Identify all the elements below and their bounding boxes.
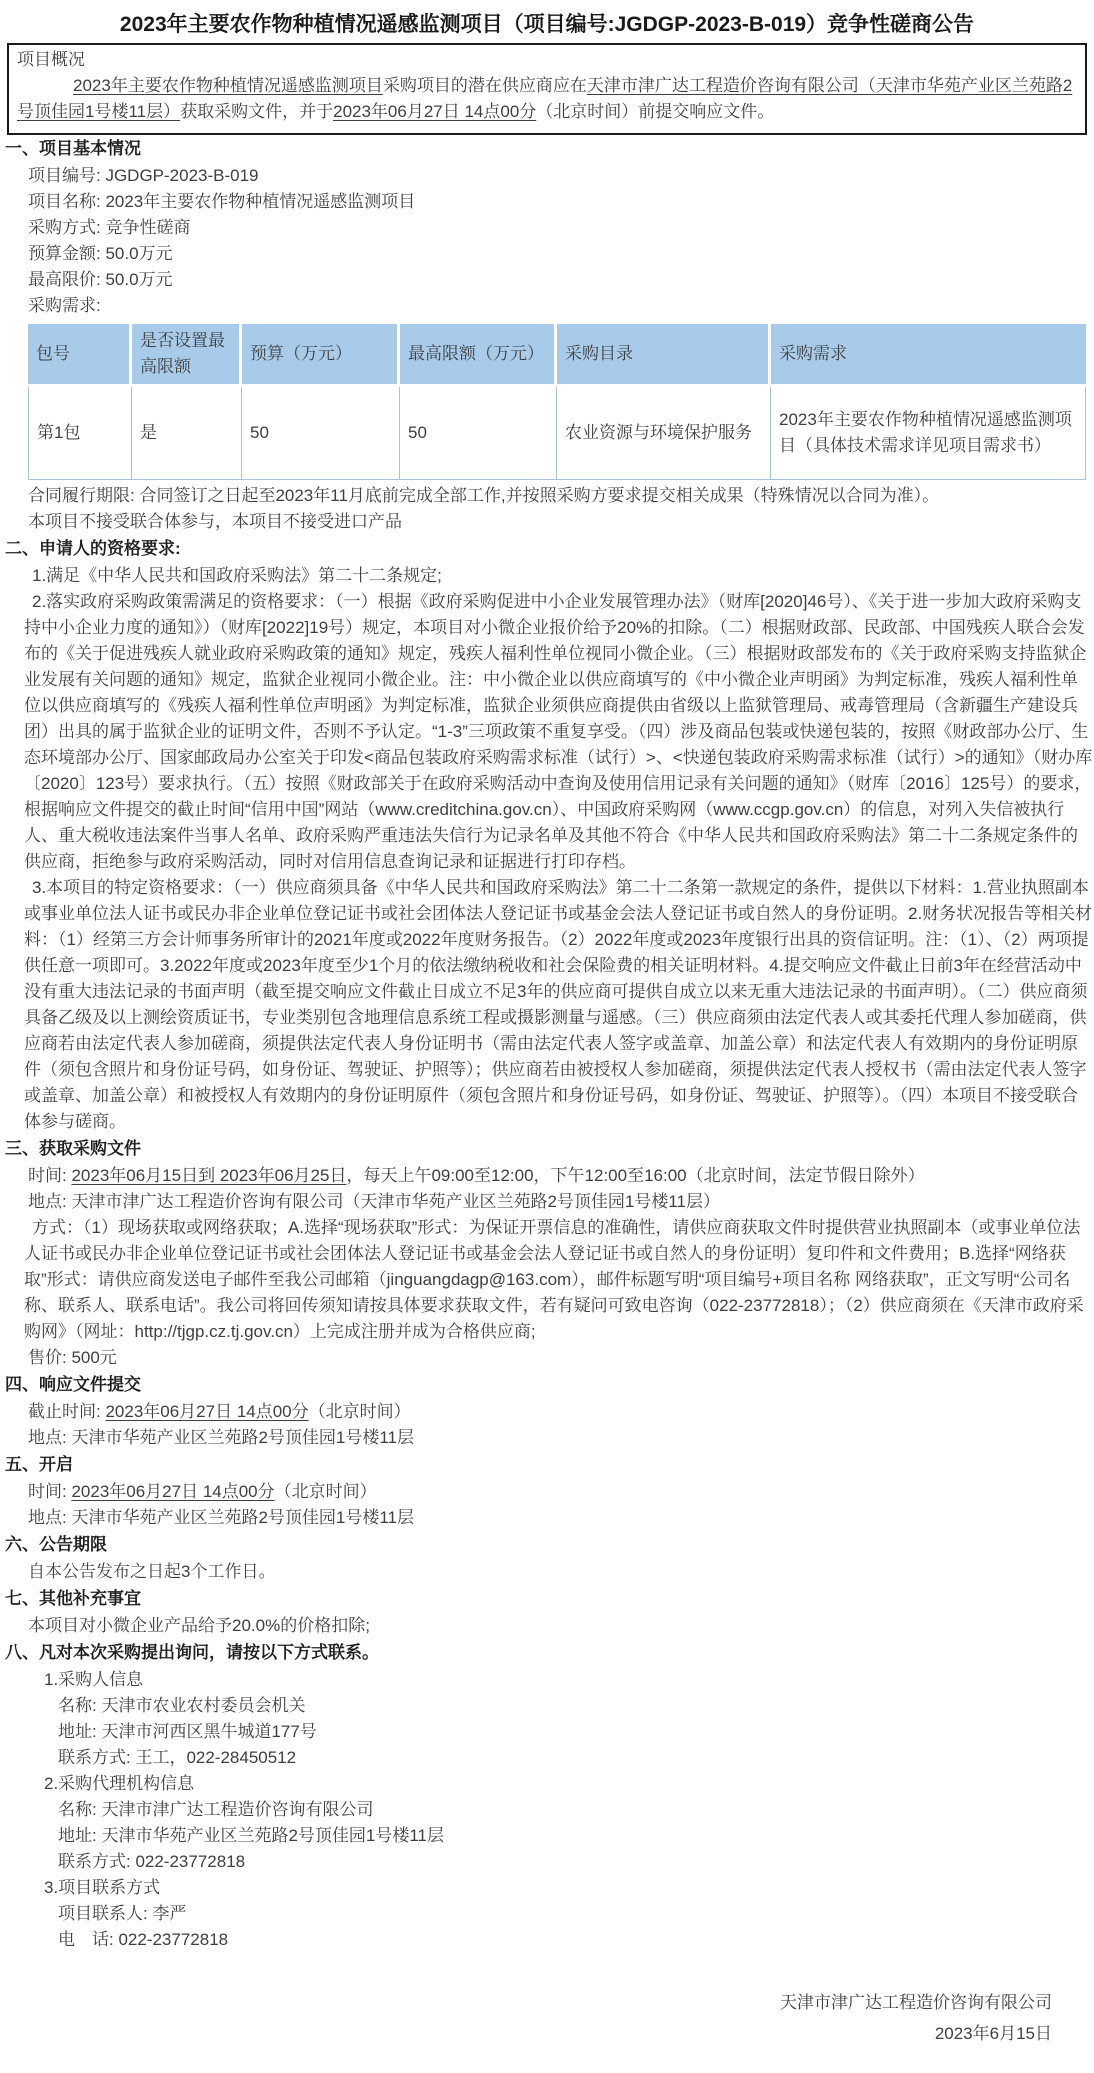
opening-datetime: 2023年06月27日 14点00分 (71, 1482, 274, 1501)
cell-package: 第1包 (28, 387, 132, 480)
section-heading: 五、开启 (5, 1451, 1094, 1479)
overview-deadline: 2023年06月27日 14点00分 (333, 102, 536, 121)
project-contact-person: 项目联系人: 李严 (58, 1901, 1094, 1927)
purchaser-contact: 联系方式: 王工，022-28450512 (58, 1745, 1094, 1771)
overview-text: （北京时间）前提交响应文件。 (536, 102, 774, 121)
overview-project-name: 2023年主要农作物种植情况遥感监测项目 (73, 76, 383, 95)
document-method: 方式：（1）现场获取或网络获取；A.选择“现场获取”形式：为保证开票信息的准确性… (24, 1215, 1094, 1345)
cell-catalog: 农业资源与环境保护服务 (557, 387, 771, 480)
qualification-item-3: 3.本项目的特定资格要求：（一）供应商须具备《中华人民共和国政府采购法》第二十二… (24, 875, 1094, 1135)
overview-label: 项目概况 (17, 47, 1075, 73)
col-header-demand: 采购需求 (771, 324, 1086, 387)
overview-text: 采购项目的潜在供应商应在 (383, 76, 587, 95)
project-contact-info: 3.项目联系方式 项目联系人: 李严 电 话: 022-23772818 (0, 1875, 1094, 1953)
agency-info: 2.采购代理机构信息 名称: 天津市津广达工程造价咨询有限公司 地址: 天津市华… (0, 1771, 1094, 1875)
section-heading: 八、凡对本次采购提出询问，请按以下方式联系。 (5, 1639, 1094, 1667)
deadline-label: 截止时间: (28, 1402, 105, 1421)
section-response-submission: 四、响应文件提交 截止时间: 2023年06月27日 14点00分（北京时间） … (0, 1371, 1094, 1451)
announcement-period-body: 自本公告发布之日起3个工作日。 (28, 1559, 1094, 1585)
col-header-max: 最高限额（万元） (400, 324, 557, 387)
section-opening: 五、开启 时间: 2023年06月27日 14点00分（北京时间） 地点: 天津… (0, 1451, 1094, 1531)
cell-budget: 50 (242, 387, 400, 480)
table-row: 第1包 是 50 50 农业资源与环境保护服务 2023年主要农作物种植情况遥感… (28, 387, 1086, 480)
signature-company: 天津市津广达工程造价咨询有限公司 (0, 1987, 1052, 2018)
col-header-catalog: 采购目录 (557, 324, 771, 387)
opening-time: 时间: 2023年06月27日 14点00分（北京时间） (28, 1479, 1094, 1505)
qualification-item-2: 2.落实政府采购政策需满足的资格要求：（一）根据《政府采购促进中小企业发展管理办… (24, 589, 1094, 875)
purchaser-info: 1.采购人信息 名称: 天津市农业农村委员会机关 地址: 天津市河西区黑牛城道1… (0, 1667, 1094, 1771)
agency-contact: 联系方式: 022-23772818 (58, 1849, 1094, 1875)
opening-location: 地点: 天津市华苑产业区兰苑路2号顶佳园1号楼11层 (28, 1505, 1094, 1531)
project-overview-box: 项目概况 2023年主要农作物种植情况遥感监测项目采购项目的潜在供应商应在天津市… (7, 43, 1087, 135)
package-table: 包号 是否设置最高限额 预算（万元） 最高限额（万元） 采购目录 采购需求 第1… (28, 324, 1086, 480)
opening-timezone: （北京时间） (275, 1482, 377, 1501)
signature-date: 2023年6月15日 (0, 2018, 1052, 2049)
project-name: 项目名称: 2023年主要农作物种植情况遥感监测项目 (28, 189, 1094, 215)
no-consortium-note: 本项目不接受联合体参与，本项目不接受进口产品 (28, 509, 1094, 535)
col-header-budget: 预算（万元） (242, 324, 400, 387)
budget-amount: 预算金额: 50.0万元 (28, 241, 1094, 267)
procurement-method: 采购方式: 竞争性磋商 (28, 215, 1094, 241)
cell-cap-set: 是 (132, 387, 242, 480)
document-price: 售价: 500元 (28, 1345, 1094, 1371)
time-detail: ，每天上午09:00至12:00，下午12:00至16:00（北京时间，法定节假… (346, 1166, 924, 1185)
agency-name: 名称: 天津市津广达工程造价咨询有限公司 (58, 1797, 1094, 1823)
overview-text: 获取采购文件，并于 (180, 102, 333, 121)
table-header-row: 包号 是否设置最高限额 预算（万元） 最高限额（万元） 采购目录 采购需求 (28, 324, 1086, 387)
section-heading: 四、响应文件提交 (5, 1371, 1094, 1399)
section-heading: 二、申请人的资格要求: (5, 535, 1094, 563)
submission-location: 地点: 天津市华苑产业区兰苑路2号顶佳园1号楼11层 (28, 1425, 1094, 1451)
cell-max: 50 (400, 387, 557, 480)
max-price-limit: 最高限价: 50.0万元 (28, 267, 1094, 293)
document-time: 时间: 2023年06月15日到 2023年06月25日，每天上午09:00至1… (28, 1163, 1094, 1189)
procurement-demand-label: 采购需求: (28, 293, 1094, 319)
time-label: 时间: (28, 1166, 71, 1185)
deadline-datetime: 2023年06月27日 14点00分 (105, 1402, 308, 1421)
cell-demand: 2023年主要农作物种植情况遥感监测项目（具体技术需求详见项目需求书） (771, 387, 1086, 480)
section-announcement-period: 六、公告期限 自本公告发布之日起3个工作日。 (0, 1531, 1094, 1585)
section-other-matters: 七、其他补充事宜 本项目对小微企业产品给予20.0%的价格扣除; (0, 1585, 1094, 1639)
qualification-item-1: 1.满足《中华人民共和国政府采购法》第二十二条规定; (24, 563, 1094, 589)
section-contacts: 八、凡对本次采购提出询问，请按以下方式联系。 1.采购人信息 名称: 天津市农业… (0, 1639, 1094, 1953)
purchaser-address: 地址: 天津市河西区黑牛城道177号 (58, 1719, 1094, 1745)
contract-period: 合同履行期限: 合同签订之日起至2023年11月底前完成全部工作,并按照采购方要… (28, 483, 1094, 509)
section-qualification: 二、申请人的资格要求: 1.满足《中华人民共和国政府采购法》第二十二条规定; 2… (0, 535, 1094, 1135)
section-get-documents: 三、获取采购文件 时间: 2023年06月15日到 2023年06月25日，每天… (0, 1135, 1094, 1371)
time-range: 2023年06月15日到 2023年06月25日 (71, 1166, 346, 1185)
contact-group-title: 1.采购人信息 (44, 1667, 1094, 1693)
project-number: 项目编号: JGDGP-2023-B-019 (28, 163, 1094, 189)
section-heading: 一、项目基本情况 (5, 135, 1094, 163)
submission-deadline: 截止时间: 2023年06月27日 14点00分（北京时间） (28, 1399, 1094, 1425)
col-header-package: 包号 (28, 324, 132, 387)
project-contact-phone: 电 话: 022-23772818 (58, 1927, 1094, 1953)
agency-address: 地址: 天津市华苑产业区兰苑路2号顶佳园1号楼11层 (58, 1823, 1094, 1849)
time-label: 时间: (28, 1482, 71, 1501)
section-heading: 六、公告期限 (5, 1531, 1094, 1559)
col-header-cap-set: 是否设置最高限额 (132, 324, 242, 387)
section-heading: 七、其他补充事宜 (5, 1585, 1094, 1613)
other-matters-body: 本项目对小微企业产品给予20.0%的价格扣除; (28, 1613, 1094, 1639)
page-title: 2023年主要农作物种植情况遥感监测项目（项目编号:JGDGP-2023-B-0… (0, 0, 1094, 43)
announcement-page: 2023年主要农作物种植情况遥感监测项目（项目编号:JGDGP-2023-B-0… (0, 0, 1094, 2073)
signature-block: 天津市津广达工程造价咨询有限公司 2023年6月15日 (0, 1987, 1052, 2049)
deadline-timezone: （北京时间） (309, 1402, 411, 1421)
contact-group-title: 2.采购代理机构信息 (44, 1771, 1094, 1797)
contact-group-title: 3.项目联系方式 (44, 1875, 1094, 1901)
document-location: 地点: 天津市津广达工程造价咨询有限公司（天津市华苑产业区兰苑路2号顶佳园1号楼… (28, 1189, 1094, 1215)
purchaser-name: 名称: 天津市农业农村委员会机关 (58, 1693, 1094, 1719)
overview-paragraph: 2023年主要农作物种植情况遥感监测项目采购项目的潜在供应商应在天津市津广达工程… (17, 73, 1075, 125)
section-basic-info: 一、项目基本情况 项目编号: JGDGP-2023-B-019 项目名称: 20… (0, 135, 1094, 535)
section-heading: 三、获取采购文件 (5, 1135, 1094, 1163)
